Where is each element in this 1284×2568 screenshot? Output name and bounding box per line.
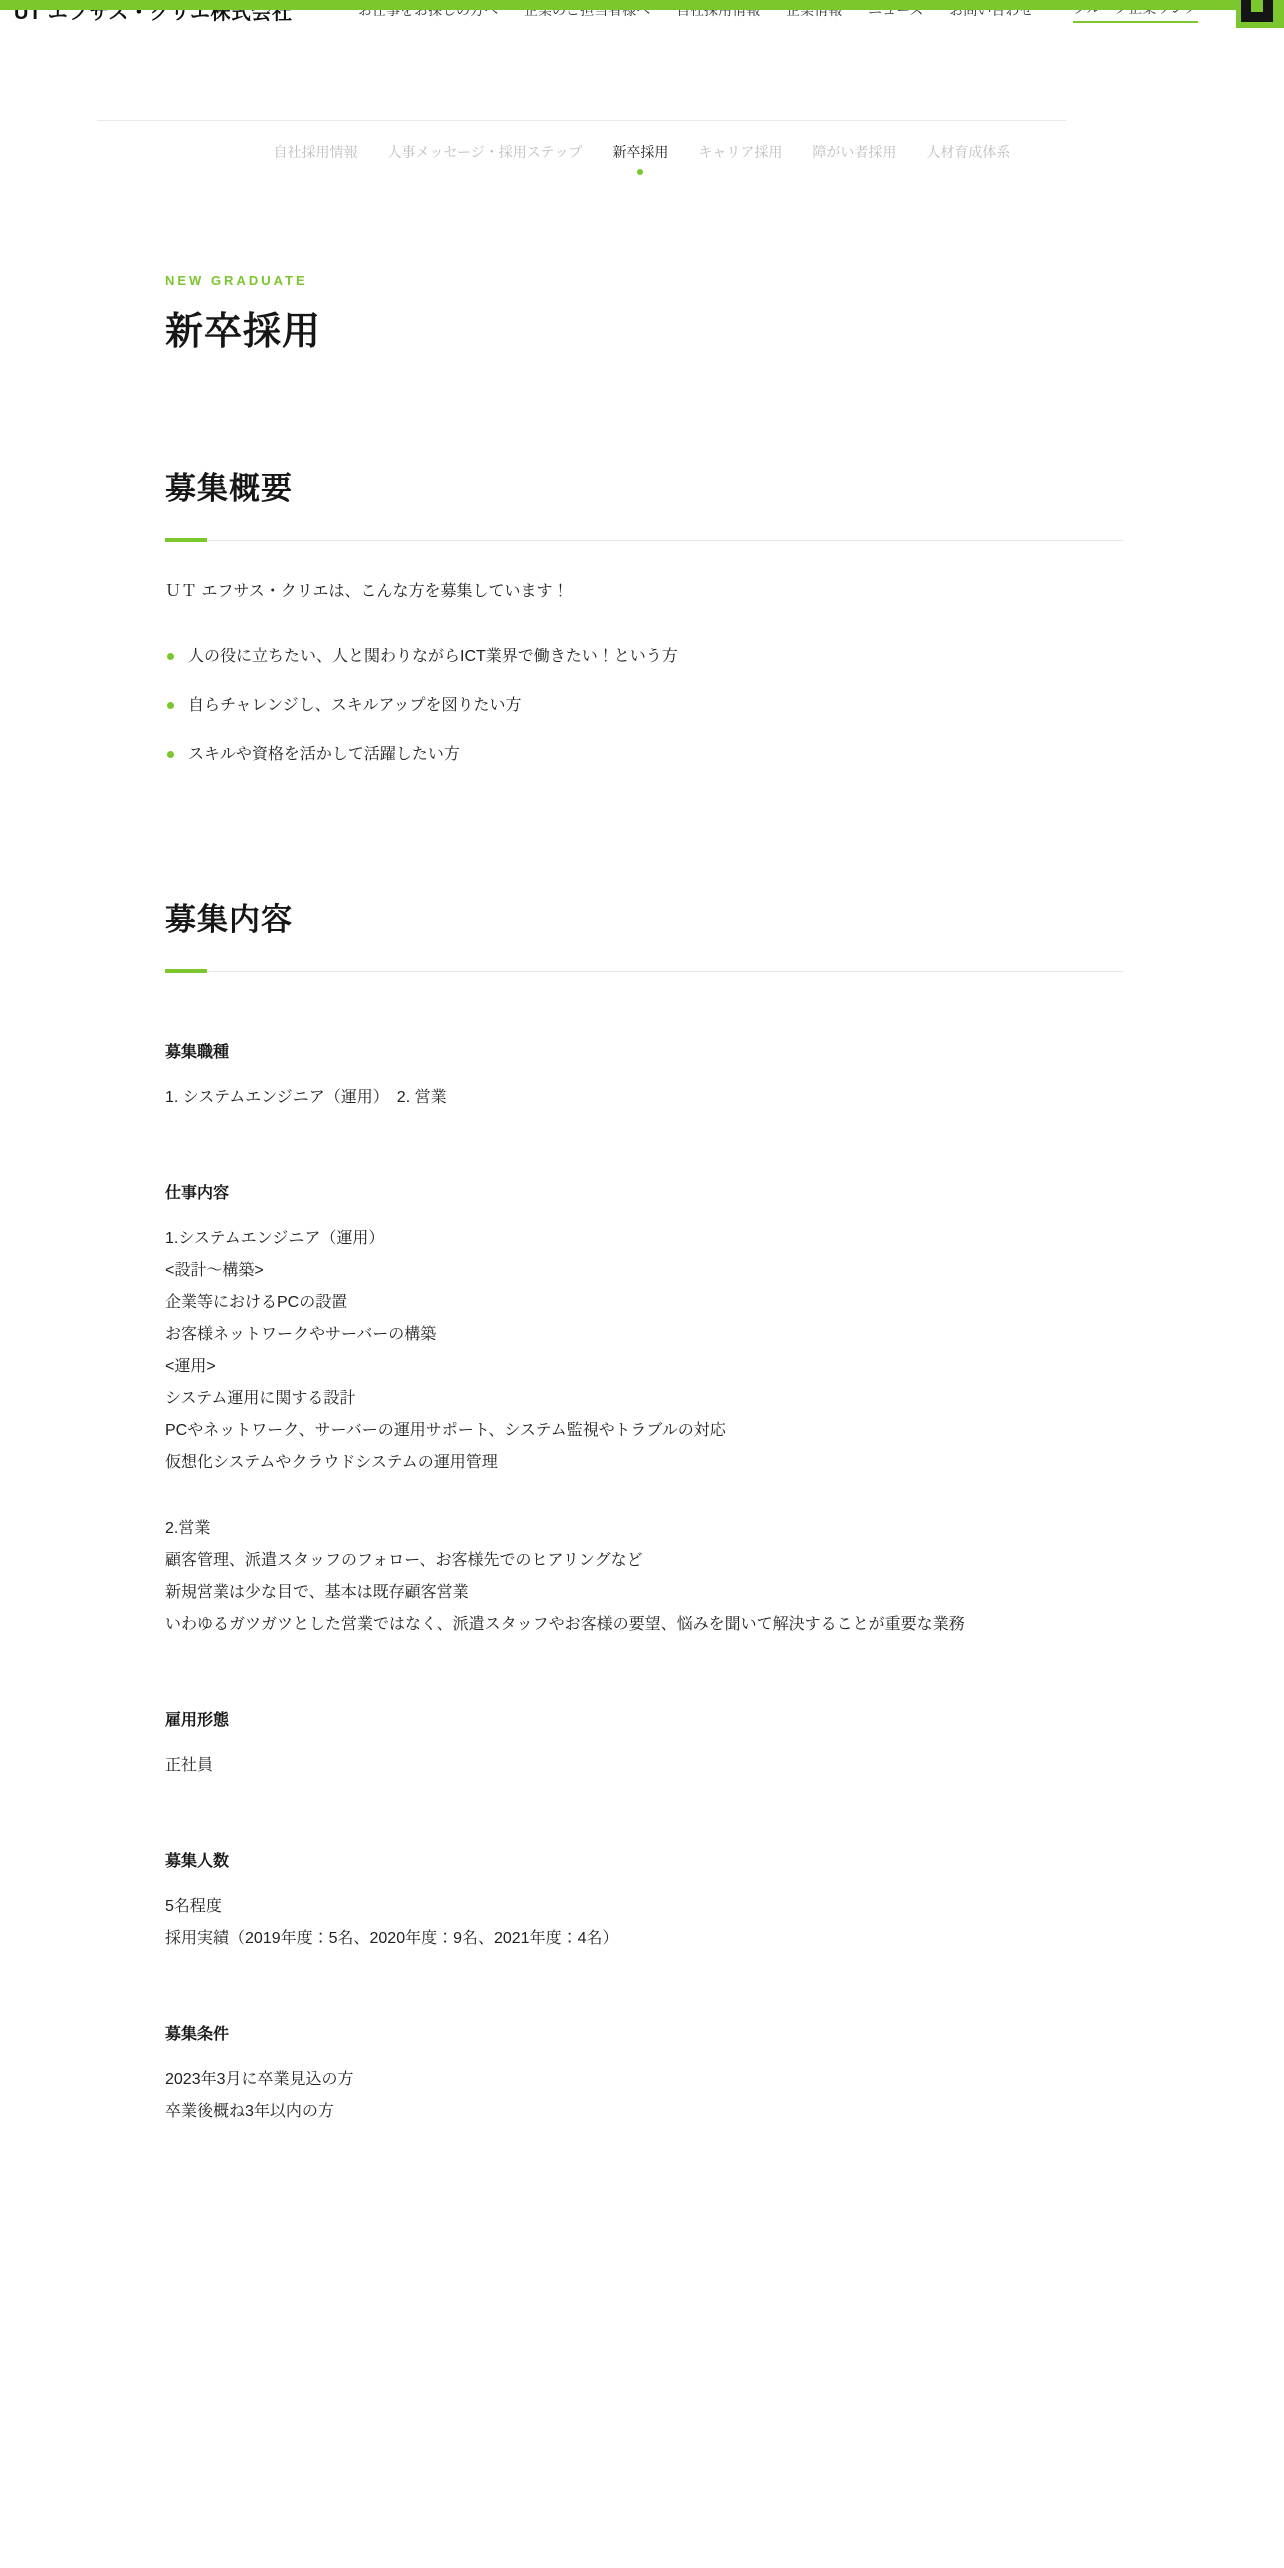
block-text: 採用実績（2019年度：5名、2020年度：9名、2021年度：4名） xyxy=(165,1923,1123,1955)
block-text: PCやネットワーク、サーバーの運用サポート、システム監視やトラブルの対応 xyxy=(165,1415,1123,1447)
list-item: スキルや資格を活かして活躍したい方 xyxy=(165,744,1123,766)
candidate-wish-list: 人の役に立ちたい、人と関わりながらICT業界で働きたい！という方 自らチャレンジ… xyxy=(165,646,1123,766)
block-text: 1. システムエンジニア（運用） 2. 営業 xyxy=(165,1082,1123,1114)
block-text: 正社員 xyxy=(165,1750,1123,1782)
detail-title: 募集内容 xyxy=(165,894,1123,939)
list-item-text: 人の役に立ちたい、人と関わりながらICT業界で働きたい！という方 xyxy=(188,646,678,668)
list-item: 自らチャレンジし、スキルアップを図りたい方 xyxy=(165,695,1123,717)
subnav-item-career[interactable]: キャリア採用 xyxy=(698,143,782,161)
block-requirements: 募集条件 2023年3月に卒業見込の方 卒業後概ね3年以内の方 xyxy=(165,2021,1123,2128)
block-label: 雇用形態 xyxy=(165,1707,1123,1730)
overview-intro: ＵＴ エフサス・クリエは、こんな方を募集しています！ xyxy=(165,580,1123,604)
block-text: 仮想化システムやクラウドシステムの運用管理 xyxy=(165,1447,1123,1479)
rule-line xyxy=(207,540,1123,541)
recruit-subnav: 自社採用情報 人事メッセージ・採用ステップ 新卒採用 キャリア採用 障がい者採用… xyxy=(0,143,1284,161)
bullet-dot-icon xyxy=(167,751,174,758)
subnav-item-hr-message-steps[interactable]: 人事メッセージ・採用ステップ xyxy=(388,143,583,161)
block-label: 募集人数 xyxy=(165,1848,1123,1871)
job-description-engineer: 1.システムエンジニア（運用） <設計～構築> 企業等におけるPCの設置 お客様… xyxy=(165,1223,1123,1479)
block-text: 新規営業は少な目で、基本は既存顧客営業 xyxy=(165,1577,1123,1609)
block-text: いわゆるガツガツとした営業ではなく、派遣スタッフやお客様の要望、悩みを聞いて解決… xyxy=(165,1609,1123,1641)
block-headcount: 募集人数 5名程度 採用実績（2019年度：5名、2020年度：9名、2021年… xyxy=(165,1848,1123,1955)
section-rule xyxy=(165,969,1123,973)
block-job-types: 募集職種 1. システムエンジニア（運用） 2. 営業 xyxy=(165,1039,1123,1114)
block-text: システム運用に関する設計 xyxy=(165,1383,1123,1415)
overview-title: 募集概要 xyxy=(165,463,1123,508)
block-label: 仕事内容 xyxy=(165,1180,1123,1203)
block-job-description: 仕事内容 1.システムエンジニア（運用） <設計～構築> 企業等におけるPCの設… xyxy=(165,1180,1123,1641)
bullet-dot-icon xyxy=(167,702,174,709)
rule-line xyxy=(207,971,1123,972)
list-item: 人の役に立ちたい、人と関わりながらICT業界で働きたい！という方 xyxy=(165,646,1123,668)
ut-logo-u-shape xyxy=(1241,0,1273,22)
block-text: 卒業後概ね3年以内の方 xyxy=(165,2096,1123,2128)
list-item-text: スキルや資格を活かして活躍したい方 xyxy=(188,744,460,766)
block-label: 募集職種 xyxy=(165,1039,1123,1062)
block-text: 2.営業 xyxy=(165,1513,1123,1545)
subnav-item-new-graduate[interactable]: 新卒採用 xyxy=(612,143,668,161)
subnav-item-company-recruit-info[interactable]: 自社採用情報 xyxy=(274,143,358,161)
bullet-dot-icon xyxy=(167,653,174,660)
rule-accent-segment xyxy=(165,538,207,542)
subnav-item-training[interactable]: 人材育成体系 xyxy=(926,143,1010,161)
page-title: 新卒採用 xyxy=(165,300,1123,355)
job-description-sales: 2.営業 顧客管理、派遣スタッフのフォロー、お客様先でのヒアリングなど 新規営業… xyxy=(165,1513,1123,1641)
block-employment-type: 雇用形態 正社員 xyxy=(165,1707,1123,1782)
rule-accent-segment xyxy=(165,969,207,973)
block-text: 2023年3月に卒業見込の方 xyxy=(165,2064,1123,2096)
top-accent-bar xyxy=(0,0,1284,10)
block-text: 企業等におけるPCの設置 xyxy=(165,1287,1123,1319)
block-text: 5名程度 xyxy=(165,1891,1123,1923)
ut-logo-icon[interactable] xyxy=(1236,0,1284,28)
block-text: お客様ネットワークやサーバーの構築 xyxy=(165,1319,1123,1351)
block-text: <運用> xyxy=(165,1351,1123,1383)
block-label: 募集条件 xyxy=(165,2021,1123,2044)
block-text: 1.システムエンジニア（運用） xyxy=(165,1223,1123,1255)
header-divider xyxy=(97,120,1066,121)
block-text: 顧客管理、派遣スタッフのフォロー、お客様先でのヒアリングなど xyxy=(165,1545,1123,1577)
page-eyebrow: NEW GRADUATE xyxy=(165,273,1123,288)
section-overview: 募集概要 ＵＴ エフサス・クリエは、こんな方を募集しています！ 人の役に立ちたい… xyxy=(165,463,1123,766)
main-content: NEW GRADUATE 新卒採用 募集概要 ＵＴ エフサス・クリエは、こんな方… xyxy=(165,273,1123,2128)
block-text: <設計～構築> xyxy=(165,1255,1123,1287)
section-rule xyxy=(165,538,1123,542)
site-header: UT エフサス・クリエ株式会社 お仕事をお探しの方へ 企業のご担当者様へ 自社採… xyxy=(0,0,1284,26)
section-recruit-detail: 募集内容 募集職種 1. システムエンジニア（運用） 2. 営業 仕事内容 1.… xyxy=(165,894,1123,2128)
subnav-item-disability[interactable]: 障がい者採用 xyxy=(812,143,896,161)
list-item-text: 自らチャレンジし、スキルアップを図りたい方 xyxy=(188,695,521,717)
